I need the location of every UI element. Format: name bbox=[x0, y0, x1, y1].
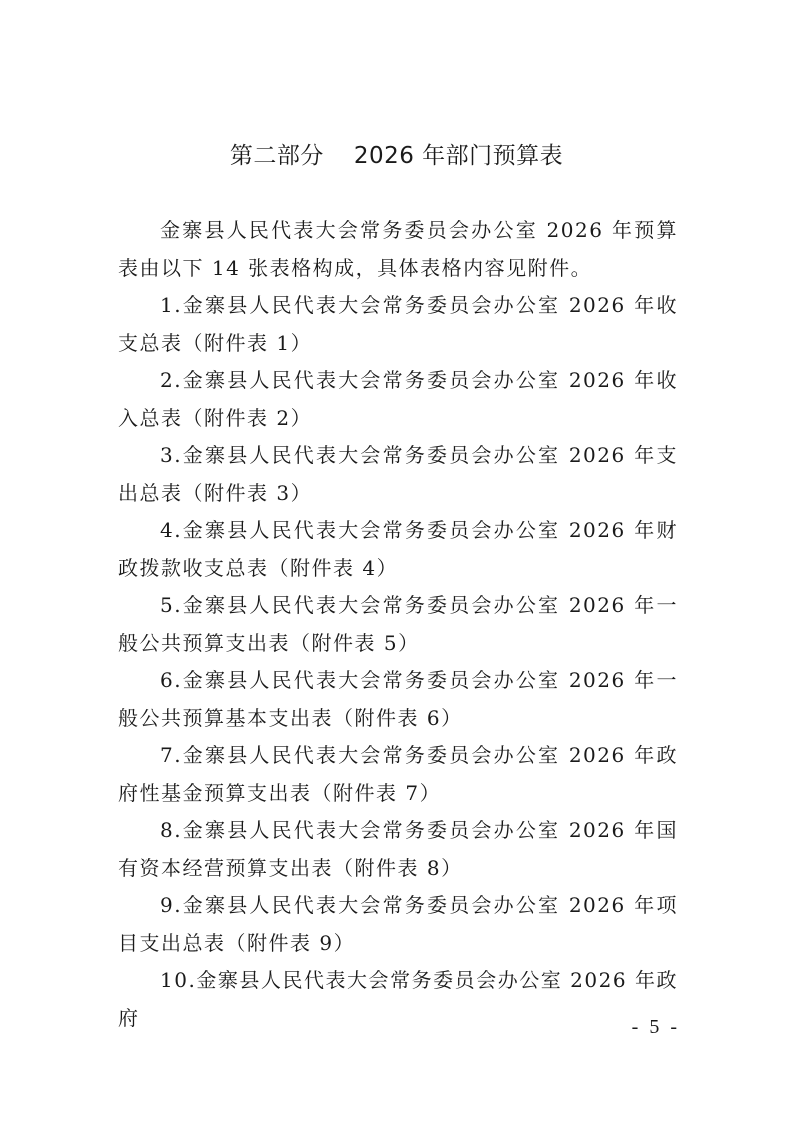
intro-paragraph: 金寨县人民代表大会常务委员会办公室 2026 年预算表由以下 14 张表格构成，… bbox=[118, 212, 678, 287]
list-item: 7.金寨县人民代表大会常务委员会办公室 2026 年政府性基金预算支出表（附件表… bbox=[118, 737, 678, 812]
list-item: 6.金寨县人民代表大会常务委员会办公室 2026 年一般公共预算基本支出表（附件… bbox=[118, 662, 678, 737]
list-item: 1.金寨县人民代表大会常务委员会办公室 2026 年收支总表（附件表 1） bbox=[118, 287, 678, 362]
list-item: 2.金寨县人民代表大会常务委员会办公室 2026 年收入总表（附件表 2） bbox=[118, 362, 678, 437]
list-item: 9.金寨县人民代表大会常务委员会办公室 2026 年项目支出总表（附件表 9） bbox=[118, 887, 678, 962]
list-item: 4.金寨县人民代表大会常务委员会办公室 2026 年财政拨款收支总表（附件表 4… bbox=[118, 512, 678, 587]
document-body: 金寨县人民代表大会常务委员会办公室 2026 年预算表由以下 14 张表格构成，… bbox=[118, 212, 678, 1037]
list-item: 3.金寨县人民代表大会常务委员会办公室 2026 年支出总表（附件表 3） bbox=[118, 437, 678, 512]
list-item: 10.金寨县人民代表大会常务委员会办公室 2026 年政府 bbox=[118, 962, 678, 1037]
list-item: 8.金寨县人民代表大会常务委员会办公室 2026 年国有资本经营预算支出表（附件… bbox=[118, 812, 678, 887]
page-number: - 5 - bbox=[620, 1016, 680, 1039]
section-part-label: 第二部分 bbox=[230, 143, 324, 169]
section-title: 第二部分2026 年部门预算表 bbox=[0, 138, 793, 174]
section-title-text: 2026 年部门预算表 bbox=[354, 143, 563, 169]
list-item: 5.金寨县人民代表大会常务委员会办公室 2026 年一般公共预算支出表（附件表 … bbox=[118, 587, 678, 662]
